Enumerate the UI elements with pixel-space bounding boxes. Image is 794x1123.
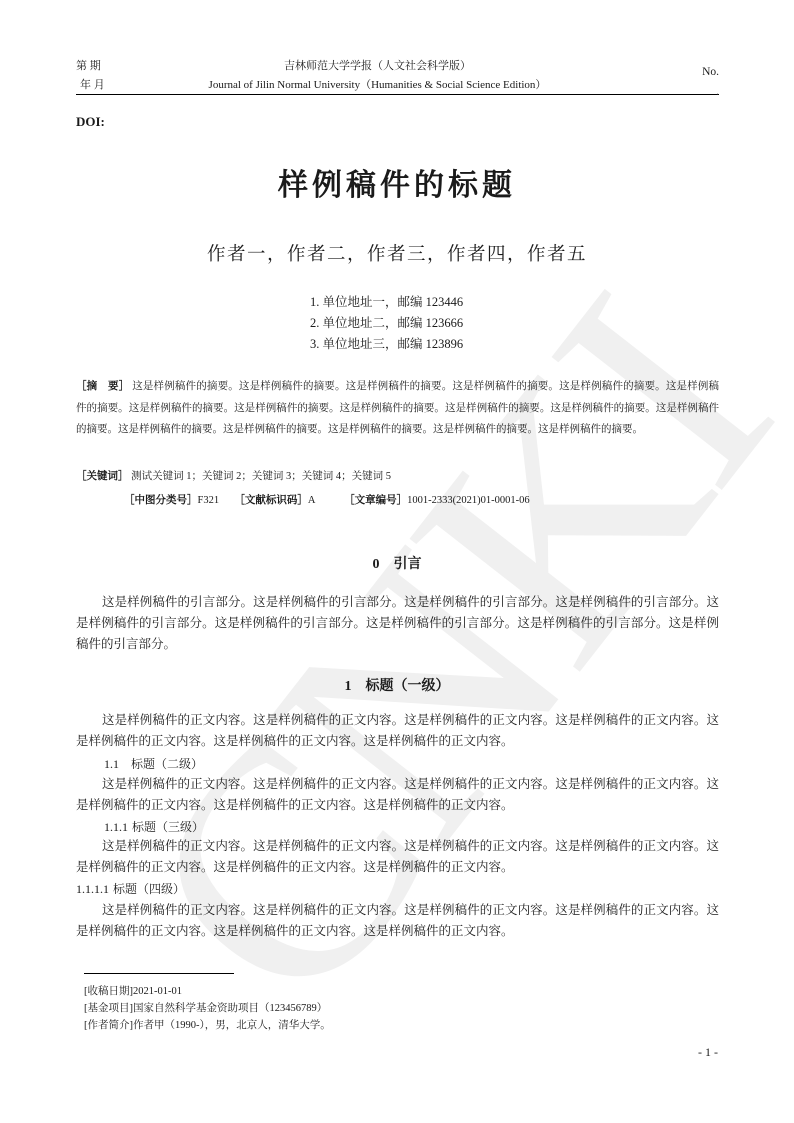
section-title: 标题（三级） xyxy=(132,820,204,834)
section-heading-1-1-1-1: 1.1.1.1标题（四级） xyxy=(76,880,185,897)
abstract: ［摘 要］ 这是样例稿件的摘要。这是样例稿件的摘要。这是样例稿件的摘要。这是样例… xyxy=(76,376,719,441)
affiliation-item: 2. 单位地址二，邮编 123666 xyxy=(310,313,463,334)
article-no-value: 1001-2333(2021)01-0001-06 xyxy=(407,495,529,506)
doc-code-value: A xyxy=(308,495,315,506)
number-label: No. xyxy=(702,62,719,82)
footnote-author-bio: [作者简介]作者甲（1990-），男，北京人，清华大学。 xyxy=(84,1017,331,1034)
footnotes: [收稿日期]2021-01-01 [基金项目]国家自然科学基金资助项目（1234… xyxy=(84,983,331,1034)
journal-name-cn: 吉林师范大学学报（人文社会科学版） xyxy=(76,57,679,76)
section-1-paragraph: 这是样例稿件的正文内容。这是样例稿件的正文内容。这是样例稿件的正文内容。这是样例… xyxy=(76,710,719,752)
intro-paragraph: 这是样例稿件的引言部分。这是样例稿件的引言部分。这是样例稿件的引言部分。这是样例… xyxy=(76,592,719,655)
keywords: ［关键词］ 测试关键词 1；关键词 2；关键词 3；关键词 4；关键词 5 xyxy=(76,468,391,483)
number-dot: . xyxy=(702,82,719,102)
journal-name-en: Journal of Jilin Normal University（Human… xyxy=(76,76,679,95)
section-heading-1-1: 1.1标题（二级） xyxy=(104,755,203,772)
affiliation-item: 1. 单位地址一，邮编 123446 xyxy=(310,292,463,313)
section-1-1-1-paragraph: 这是样例稿件的正文内容。这是样例稿件的正文内容。这是样例稿件的正文内容。这是样例… xyxy=(76,836,719,878)
doc-code-label: ［文献标识码］ xyxy=(234,495,308,506)
clc-value: F321 xyxy=(198,495,220,506)
keywords-label: ［关键词］ xyxy=(76,471,129,482)
section-heading-intro: 0引言 xyxy=(0,553,794,573)
classification-line: ［中图分类号］F321 ［文献标识码］A ［文章编号］1001-2333(202… xyxy=(124,492,530,507)
clc-label: ［中图分类号］ xyxy=(124,495,198,506)
section-number: 0 xyxy=(373,557,380,572)
affiliation-list: 1. 单位地址一，邮编 123446 2. 单位地址二，邮编 123666 3.… xyxy=(310,292,463,355)
section-title: 标题（二级） xyxy=(131,757,203,771)
page-number: - 1 - xyxy=(698,1045,718,1060)
paper-page: CNKI 第 期 年 月 吉林师范大学学报（人文社会科学版） Journal o… xyxy=(0,0,794,1123)
footnote-received-date: [收稿日期]2021-01-01 xyxy=(84,983,331,1000)
abstract-text: 这是样例稿件的摘要。这是样例稿件的摘要。这是样例稿件的摘要。这是样例稿件的摘要。… xyxy=(76,381,719,435)
author-list: 作者一，作者二，作者三，作者四，作者五 xyxy=(0,240,794,266)
footnote-funding: [基金项目]国家自然科学基金资助项目（123456789） xyxy=(84,1000,331,1017)
section-heading-1-1-1: 1.1.1标题（三级） xyxy=(104,818,204,835)
section-number: 1.1.1.1 xyxy=(76,882,109,896)
footnote-divider xyxy=(84,973,234,974)
journal-name: 吉林师范大学学报（人文社会科学版） Journal of Jilin Norma… xyxy=(76,57,719,95)
abstract-label: ［摘 要］ xyxy=(76,381,129,392)
doi-label: DOI: xyxy=(76,114,105,130)
section-1-1-paragraph: 这是样例稿件的正文内容。这是样例稿件的正文内容。这是样例稿件的正文内容。这是样例… xyxy=(76,774,719,816)
affiliation-item: 3. 单位地址三，邮编 123896 xyxy=(310,334,463,355)
section-title: 标题（一级） xyxy=(366,678,450,694)
section-title: 引言 xyxy=(394,556,422,572)
section-number: 1.1 xyxy=(104,757,119,771)
article-no-label: ［文章编号］ xyxy=(344,495,407,506)
section-heading-1: 1标题（一级） xyxy=(0,675,794,695)
paper-title: 样例稿件的标题 xyxy=(0,160,794,204)
keywords-text: 测试关键词 1；关键词 2；关键词 3；关键词 4；关键词 5 xyxy=(131,471,391,482)
section-number: 1.1.1 xyxy=(104,820,128,834)
section-1-1-1-1-paragraph: 这是样例稿件的正文内容。这是样例稿件的正文内容。这是样例稿件的正文内容。这是样例… xyxy=(76,900,719,942)
section-number: 1 xyxy=(345,679,352,694)
number-info: No. . xyxy=(702,62,719,102)
running-header: 第 期 年 月 吉林师范大学学报（人文社会科学版） Journal of Jil… xyxy=(76,57,719,95)
section-title: 标题（四级） xyxy=(113,882,185,896)
